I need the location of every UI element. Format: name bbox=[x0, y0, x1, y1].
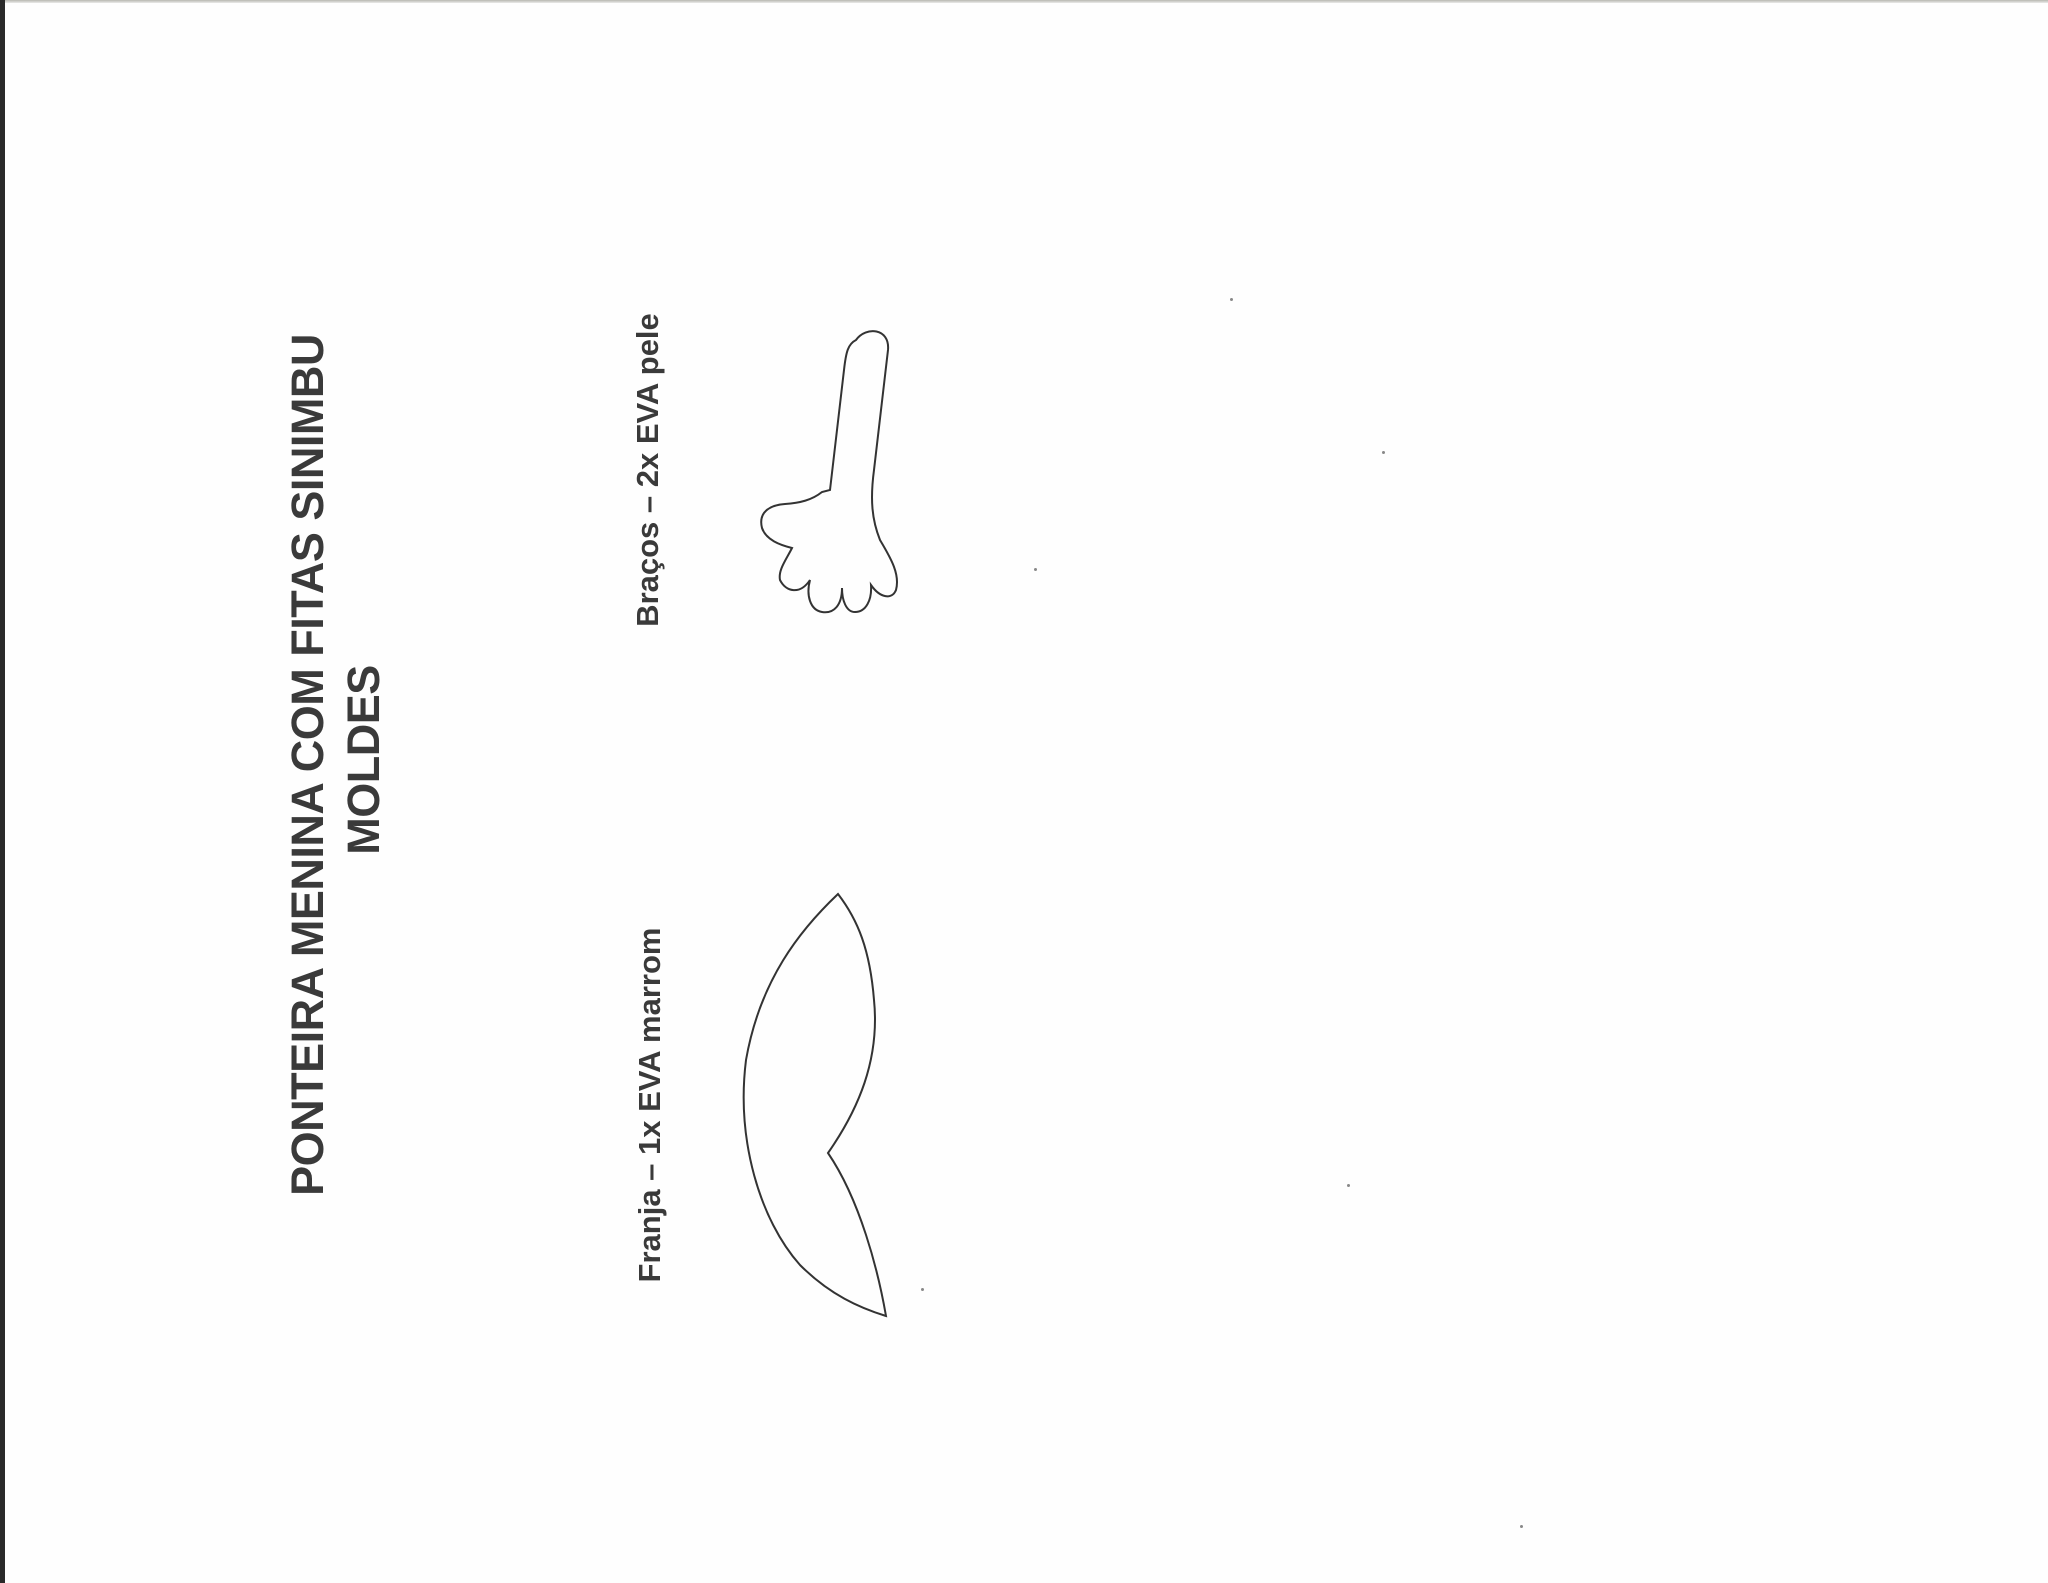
page-title: PONTEIRA MENINA COM FITAS SINIMBU bbox=[283, 265, 333, 1265]
scan-speck bbox=[1034, 568, 1037, 571]
scanned-page: PONTEIRA MENINA COM FITAS SINIMBU MOLDES… bbox=[0, 0, 2048, 1583]
page-subtitle: MOLDES bbox=[339, 560, 389, 960]
scan-speck bbox=[1347, 1184, 1350, 1187]
scan-speck bbox=[1520, 1525, 1523, 1528]
arms-pattern-label: Braços – 2x EVA pele bbox=[628, 290, 668, 650]
scan-speck bbox=[1230, 298, 1233, 301]
scan-speck bbox=[921, 1288, 924, 1291]
scan-speck bbox=[1382, 451, 1385, 454]
fringe-pattern-label: Franja – 1x EVA marrom bbox=[630, 900, 670, 1310]
fringe-pattern-outline bbox=[744, 894, 886, 1316]
scan-left-edge bbox=[0, 0, 5, 1583]
scan-top-edge bbox=[0, 0, 2048, 3]
arm-pattern-outline bbox=[761, 331, 897, 612]
